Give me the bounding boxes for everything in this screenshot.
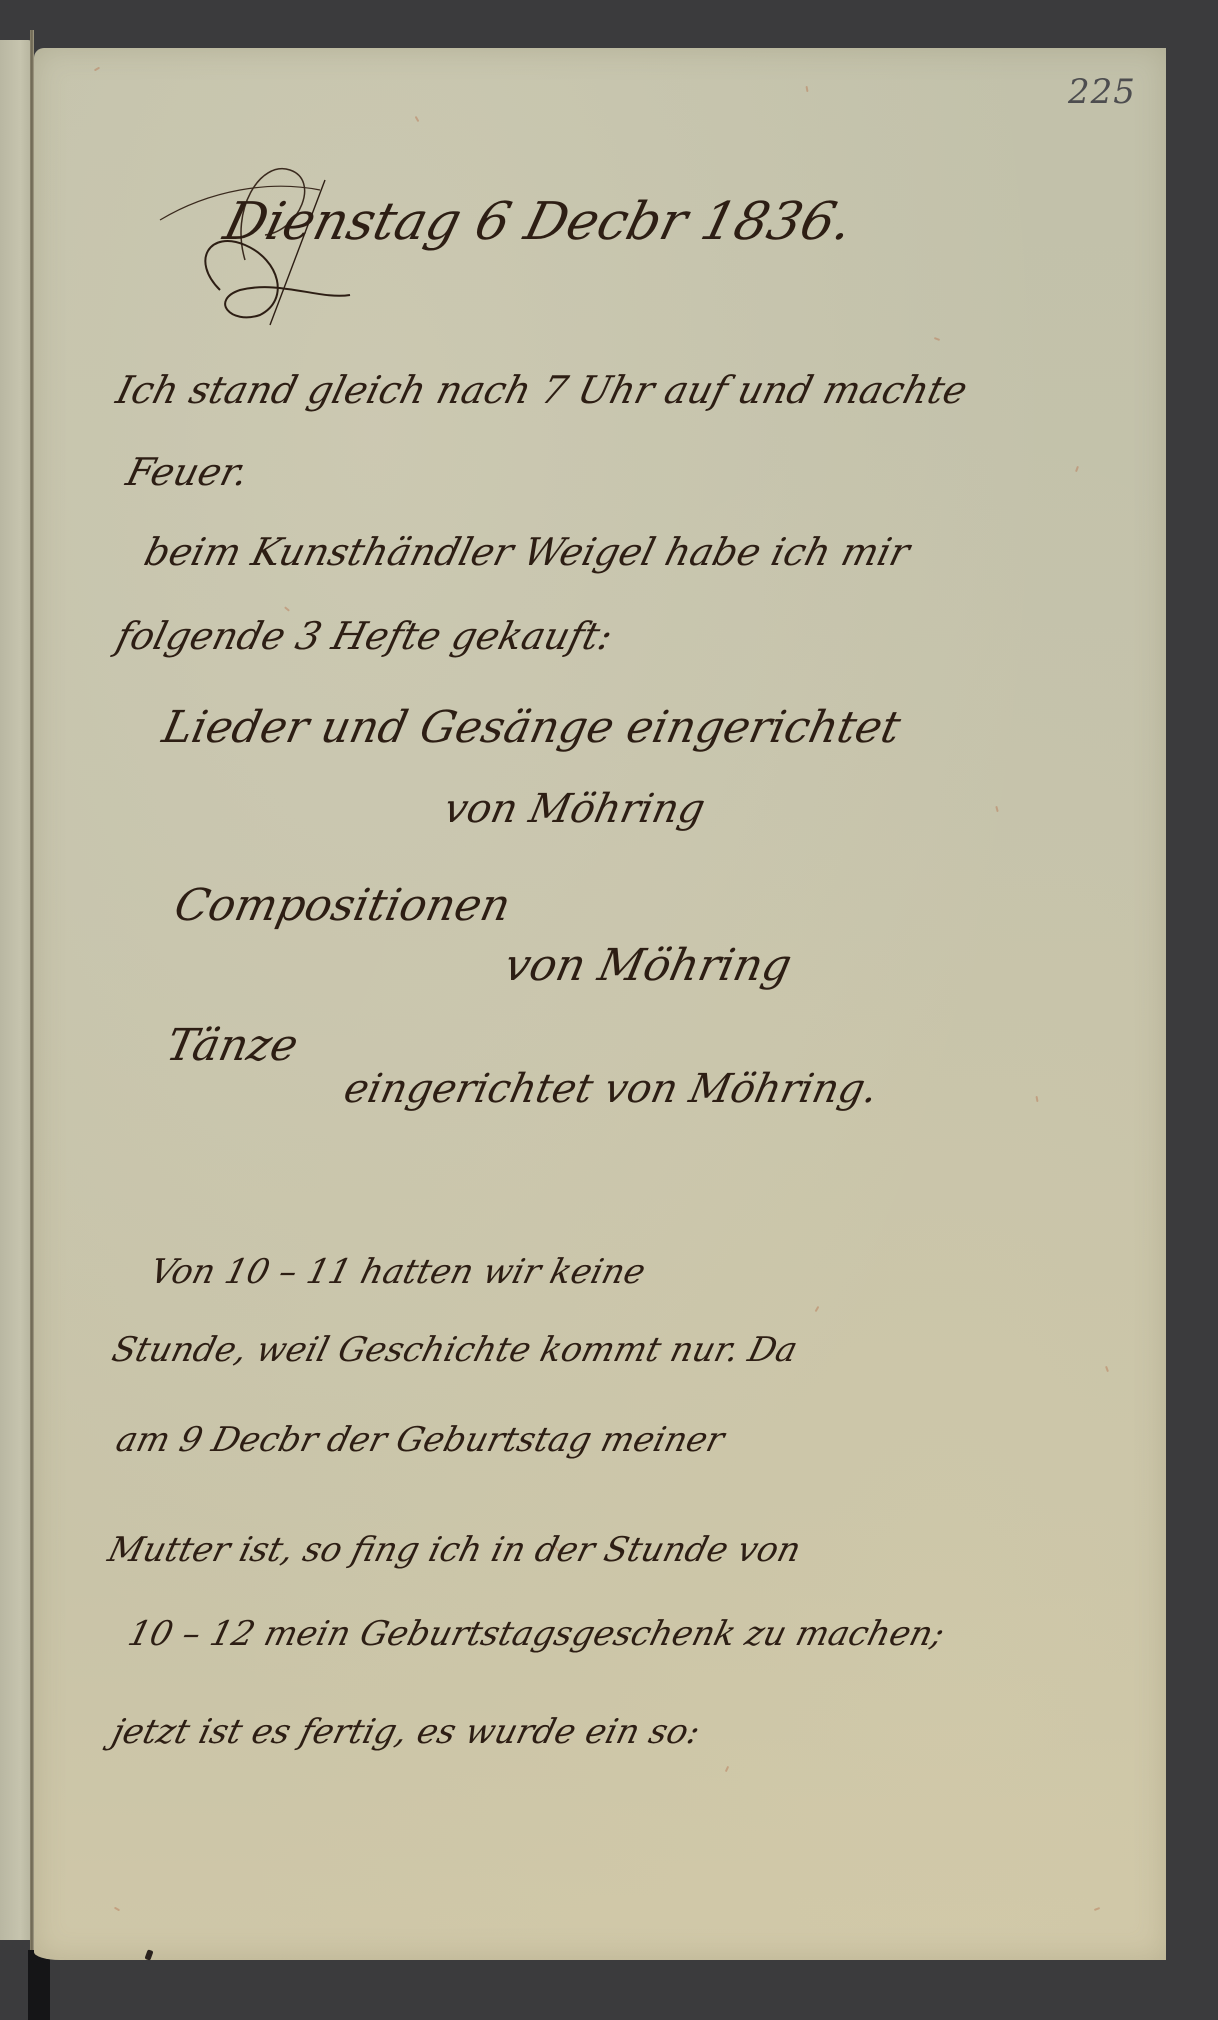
text-line: Lieder und Gesänge eingerichtet [158, 702, 905, 753]
manuscript-page [34, 48, 1166, 1960]
text-line: Stunde, weil Geschichte kommt nur. Da [108, 1330, 802, 1370]
paper-speck [415, 116, 420, 122]
text-line: Tänze [162, 1020, 303, 1071]
text-line: Mutter ist, so fing ich in der Stunde vo… [104, 1530, 805, 1570]
text-line: Von 10 – 11 hatten wir keine [146, 1252, 650, 1292]
paper-speck [995, 806, 998, 812]
facing-page-edge [0, 40, 34, 1940]
paper-speck [1075, 466, 1079, 472]
text-line: am 9 Decbr der Geburtstag meiner [112, 1420, 728, 1460]
paper-speck [94, 67, 100, 72]
text-line: jetzt ist es fertig, es wurde ein so: [108, 1712, 704, 1752]
text-line: von Möhring [500, 940, 796, 991]
paper-speck [1094, 1907, 1100, 1911]
text-line: von Möhring [440, 786, 709, 832]
paper-speck [815, 1306, 820, 1312]
paper-speck [114, 1907, 120, 1912]
diary-date-heading: Dienstag 6 Decbr 1836. [218, 192, 859, 252]
text-line: eingerichtet von Möhring. [340, 1066, 882, 1112]
binding-shadow [28, 1950, 50, 2020]
text-line: beim Kunsthändler Weigel habe ich mir [140, 530, 914, 574]
page-number: 225 [1068, 72, 1136, 112]
text-line: Ich stand gleich nach 7 Uhr auf und mach… [112, 368, 972, 412]
paper-speck [805, 86, 808, 92]
paper-speck [1035, 1096, 1038, 1102]
manuscript-scan: 225 Dienstag 6 Decbr 1836. Ich stand gle… [0, 0, 1218, 2020]
text-line: 10 – 12 mein Geburtstagsgeschenk zu mach… [124, 1614, 949, 1654]
paper-speck [1105, 1366, 1109, 1372]
paper-speck [725, 1766, 729, 1772]
text-line: folgende 3 Hefte gekauft: [112, 614, 617, 658]
paper-speck [934, 337, 940, 341]
text-line: Compositionen [170, 880, 515, 931]
text-line: Feuer. [122, 450, 253, 494]
paper-speck [284, 606, 290, 611]
